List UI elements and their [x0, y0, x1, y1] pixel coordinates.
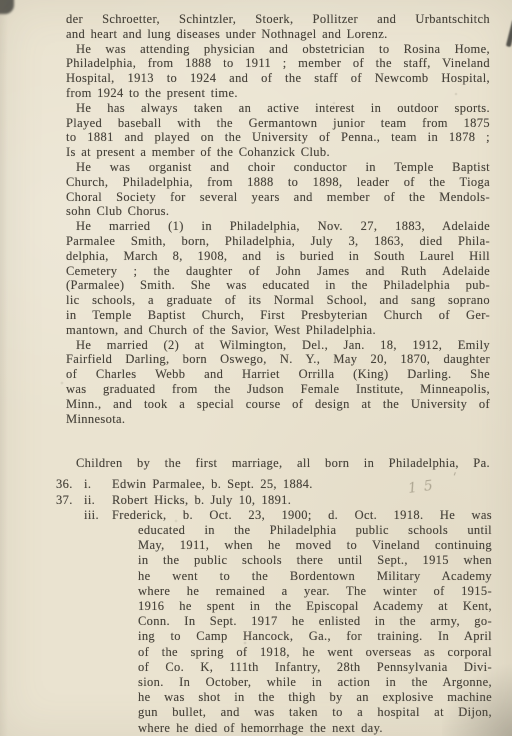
text-line: Robert Hicks, b. July 10, 1891.	[112, 493, 492, 508]
scan-speckles	[0, 0, 2, 2]
text-line: Frederick, b. Oct. 23, 1900; d. Oct. 191…	[112, 508, 492, 523]
text-line: where he died of hemorrhage the next day…	[138, 721, 492, 736]
text-line: He has always taken an active interest i…	[66, 101, 490, 116]
paragraph: He has always taken an active interest i…	[66, 101, 490, 160]
text-line: gun bullet, and was taken to a hospital …	[138, 705, 492, 720]
text-line: He married (1) in Philadelphia, Nov. 27,…	[66, 219, 490, 234]
text-line: sohn Club Chorus.	[66, 204, 490, 219]
text-line: delphia, March 8, 1908, and is buried in…	[66, 249, 490, 264]
child-entry: 37.ii.Robert Hicks, b. July 10, 1891.	[56, 493, 492, 508]
text-line: lic schools, a graduate of its Normal Sc…	[66, 293, 490, 308]
text-line: Hospital, 1913 to 1924 and of the staff …	[66, 71, 490, 86]
text-line: he went to the Bordentown Military Acade…	[138, 569, 492, 584]
child-number: 37.	[56, 493, 82, 508]
text-line: He was organist and choir conductor in T…	[66, 160, 490, 175]
text-line: Church, Philadelphia, from 1888 to 1898,…	[66, 175, 490, 190]
text-line: Played baseball with the Germantown juni…	[66, 116, 490, 131]
paragraph: He was attending physician and obstetric…	[66, 42, 490, 101]
text-line: to 1881 and played on the University of …	[66, 130, 490, 145]
text-line: Minn., and took a special course of desi…	[66, 397, 490, 412]
text-line: and heart and lung diseases under Nothna…	[66, 27, 490, 42]
text-line: (Parmalee) Smith. She was educated in th…	[66, 278, 490, 293]
text-line: educated in the Philadelphia public scho…	[138, 523, 492, 538]
text-line: where he remained a year. The winter of …	[138, 584, 492, 599]
text-line: 1916 he spent in the Episcopal Academy a…	[138, 599, 492, 614]
text-line: Minnesota.	[66, 412, 490, 427]
children-heading: Children by the first marriage, all born…	[76, 456, 490, 471]
child-roman-numeral: i.	[84, 477, 110, 492]
child-text: Robert Hicks, b. July 10, 1891.	[112, 493, 492, 508]
text-line: Fairfield Darling, born Oswego, N. Y., M…	[66, 352, 490, 367]
child-entry: iii.Frederick, b. Oct. 23, 1900; d. Oct.…	[56, 508, 492, 736]
text-column: der Schroetter, Schintzler, Stoerk, Poll…	[66, 12, 490, 426]
child-number: 36.	[56, 477, 82, 492]
text-line: ing to Camp Hancock, Ga., for training. …	[138, 629, 492, 644]
text-line: he was shot in the thigh by an explosive…	[138, 690, 492, 705]
text-line: was graduated from the Judson Female Ins…	[66, 382, 490, 397]
text-line: Conn. In Sept. 1917 he enlisted in the a…	[138, 614, 492, 629]
paragraph: He married (2) at Wilmington, Del., Jan.…	[66, 338, 490, 427]
page-body: der Schroetter, Schintzler, Stoerk, Poll…	[0, 12, 512, 736]
text-line: Philadelphia, from 1888 to 1911 ; member…	[66, 56, 490, 71]
text-line: of the spring of 1918, he went overseas …	[138, 645, 492, 660]
paragraph: der Schroetter, Schintzler, Stoerk, Poll…	[66, 12, 490, 42]
text-line: He was attending physician and obstetric…	[66, 42, 490, 57]
text-line: sion. In October, while in action in the…	[138, 675, 492, 690]
text-line: He married (2) at Wilmington, Del., Jan.…	[66, 338, 490, 353]
child-roman-numeral: iii.	[84, 508, 110, 523]
child-roman-numeral: ii.	[84, 493, 110, 508]
text-line: Parmalee Smith, born, Philadelphia, July…	[66, 234, 490, 249]
text-line: der Schroetter, Schintzler, Stoerk, Poll…	[66, 12, 490, 27]
text-line: of Co. K, 111th Infantry, 28th Pennsylva…	[138, 660, 492, 675]
text-line: mantown, and Church of the Savior, West …	[66, 323, 490, 338]
text-line: Cemetery ; the daughter of John James an…	[66, 264, 490, 279]
text-line: of Charles Webb and Harriet Orrilla (Kin…	[66, 367, 490, 382]
paragraph: He married (1) in Philadelphia, Nov. 27,…	[66, 219, 490, 337]
children-list: 36.i.Edwin Parmalee, b. Sept. 25, 1884.3…	[56, 477, 492, 735]
text-line: from 1924 to the present time.	[66, 86, 490, 101]
text-line: May, 1911, when he moved to Vineland con…	[138, 538, 492, 553]
text-line: Choral Society for several years and mem…	[66, 190, 490, 205]
paragraph: He was organist and choir conductor in T…	[66, 160, 490, 219]
text-line: in the public schools there until Sept.,…	[138, 553, 492, 568]
text-line: Is at present a member of the Cohanzick …	[66, 145, 490, 160]
text-line: in Temple Baptist Church, First Presbyte…	[66, 308, 490, 323]
child-text: Frederick, b. Oct. 23, 1900; d. Oct. 191…	[112, 508, 492, 736]
